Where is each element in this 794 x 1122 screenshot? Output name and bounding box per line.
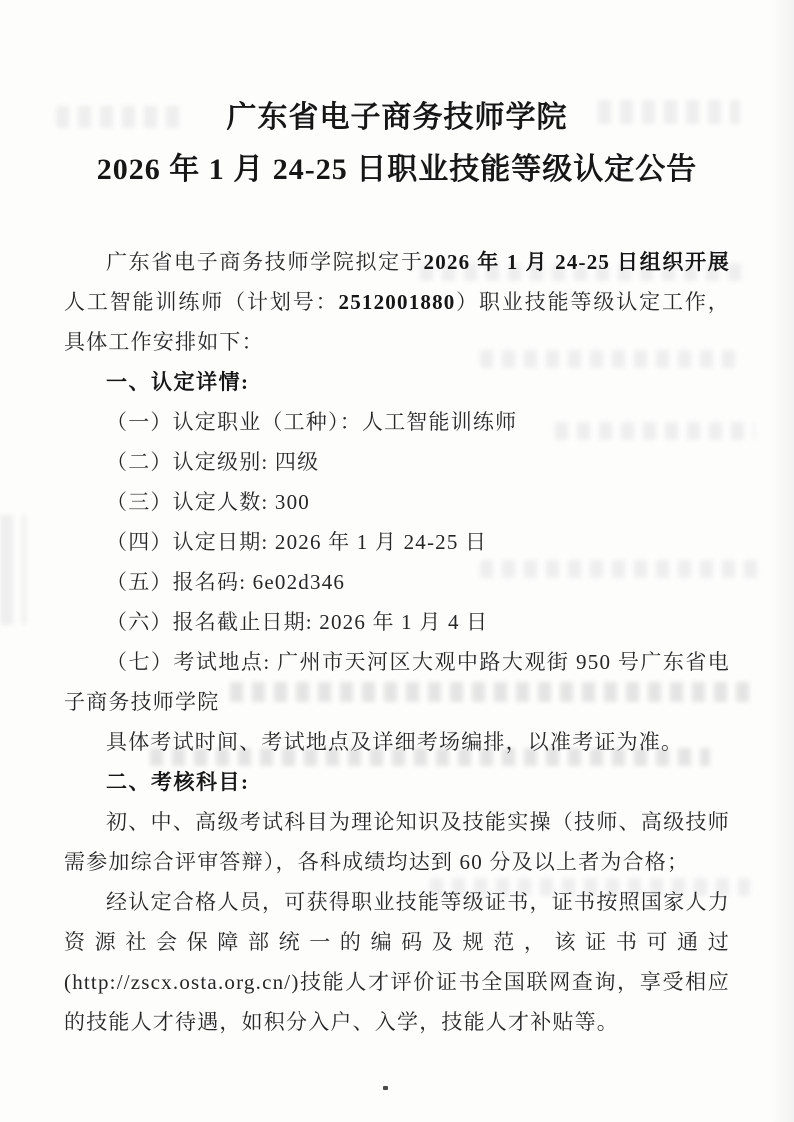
detail-item-deadline: （六）报名截止日期: 2026 年 1 月 4 日 [64,602,730,642]
announcement-document: 广东省电子商务技师学院 2026 年 1 月 24-25 日职业技能等级认定公告… [0,0,794,1042]
certificate-paragraph: 经认定合格人员，可获得职业技能等级证书，证书按照国家人力资源社会保障部统一的编码… [64,882,730,1042]
detail-note-admission-ticket: 具体考试时间、考试地点及详细考场编排，以准考证为准。 [64,722,730,762]
document-title-line1: 广东省电子商务技师学院 [64,92,730,144]
document-title-line2: 2026 年 1 月 24-25 日职业技能等级认定公告 [64,144,730,196]
section1-heading: 一、认定详情: [64,362,730,402]
intro-text: 广东省电子商务技师学院拟定于 [106,250,424,274]
document-page: 广东省电子商务技师学院 2026 年 1 月 24-25 日职业技能等级认定公告… [0,0,794,1122]
certificate-text: 经认定合格人员，可获得职业技能等级证书，证书按照国家人力资源社会保障部统一的编码… [64,890,730,954]
detail-item-headcount: （三）认定人数: 300 [64,482,730,522]
section2-heading: 二、考核科目: [64,762,730,802]
intro-date-bold: 2026 年 1 月 24-25 日组织开展 [424,250,730,274]
detail-item-signup-code: （五）报名码: 6e02d346 [64,562,730,602]
intro-plan-number: 2512001880 [339,290,456,314]
certificate-query-url: (http://zscx.osta.org.cn/) [64,970,300,994]
page-artifact-dot [383,1086,388,1090]
intro-text: 人工智能训练师（计划号： [64,290,339,314]
document-title: 广东省电子商务技师学院 2026 年 1 月 24-25 日职业技能等级认定公告 [64,92,730,196]
detail-item-level: （二）认定级别: 四级 [64,442,730,482]
intro-paragraph: 广东省电子商务技师学院拟定于2026 年 1 月 24-25 日组织开展人工智能… [64,242,730,362]
detail-item-exam-location: （七）考试地点: 广州市天河区大观中路大观街 950 号广东省电子商务技师学院 [64,642,730,722]
detail-item-occupation: （一）认定职业（工种）：人工智能训练师 [64,402,730,442]
subjects-paragraph: 初、中、高级考试科目为理论知识及技能实操（技师、高级技师需参加综合评审答辩），各… [64,802,730,882]
document-body: 广东省电子商务技师学院拟定于2026 年 1 月 24-25 日组织开展人工智能… [64,242,730,1042]
detail-item-date: （四）认定日期: 2026 年 1 月 24-25 日 [64,522,730,562]
